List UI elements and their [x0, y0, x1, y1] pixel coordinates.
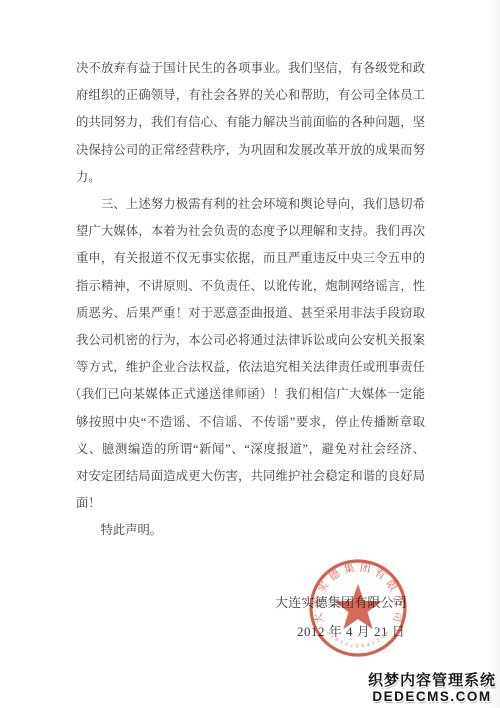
paragraph-line: 面！ [76, 490, 425, 517]
paragraph-line: （我们已向某媒体正式递送律师函）！我们相信广大媒体一定能 [76, 381, 425, 408]
statement-body: 决不放弃有益于国计民生的各项事业。我们坚信，有各级党和政 府组织的正确领导，有社… [76, 55, 425, 545]
paragraph-line: 指示精神，不讲原则、不负责任、以讹传讹，炮制网络谣言，性 [76, 273, 425, 300]
scanned-statement-page: 决不放弃有益于国计民生的各项事业。我们坚信，有各级党和政 府组织的正确领导，有社… [0, 0, 500, 708]
paragraph-line: 力。 [76, 164, 425, 191]
paragraph-line: 三、上述努力极需有利的社会环境和舆论导向，我们恳切希 [76, 191, 425, 218]
paragraph-line: 望广大媒体，本着为社会负责的态度予以理解和支持。我们再次 [76, 218, 425, 245]
seal-serial-text: 2102010041250 [325, 630, 390, 649]
company-seal-stamp: 大连实德集团有限公司 2102010041250 [296, 546, 420, 670]
paragraph-line: 等方式，维护企业合法权益，依法追究相关法律责任或刑事责任 [76, 354, 425, 381]
paragraph-line: 义、臆测编造的所谓“新闻”、“深度报道”，避免对社会经济、 [76, 436, 425, 463]
paragraph-line: 够按照中央“不造谣、不信谣、不传谣”要求，停止传播断章取 [76, 409, 425, 436]
star-icon [334, 584, 382, 629]
cms-watermark-chinese: 织梦内容管理系统 [368, 672, 496, 689]
cms-watermark-domain: DEDECMS.COM [368, 689, 496, 705]
paragraph-line: 我公司机密的行为，本公司必将通过法律诉讼或向公安机关报案 [76, 327, 425, 354]
paragraph-line: 府组织的正确领导，有社会各界的关心和帮助，有公司全体员工 [76, 82, 425, 109]
cms-watermark: 织梦内容管理系统 DEDECMS.COM [368, 672, 496, 705]
paragraph-line: 对安定团结局面造成更大伤害，共同维护社会稳定和谐的良好局 [76, 463, 425, 490]
paragraph-line: 重申，有关报道不仅无事实依据，而且严重违反中央三令五申的 [76, 245, 425, 272]
paragraph-line: 的共同努力，我们有信心、有能力解决当前面临的各种问题，坚 [76, 109, 425, 136]
paragraph-line: 决保持公司的正常经营秩序，为巩固和发展改革开放的成果而努 [76, 137, 425, 164]
closing-statement-line: 特此声明。 [76, 517, 425, 544]
paragraph-line: 质恶劣、后果严重！对于恶意歪曲报道、甚至采用非法手段窃取 [76, 300, 425, 327]
paragraph-line: 决不放弃有益于国计民生的各项事业。我们坚信，有各级党和政 [76, 55, 425, 82]
